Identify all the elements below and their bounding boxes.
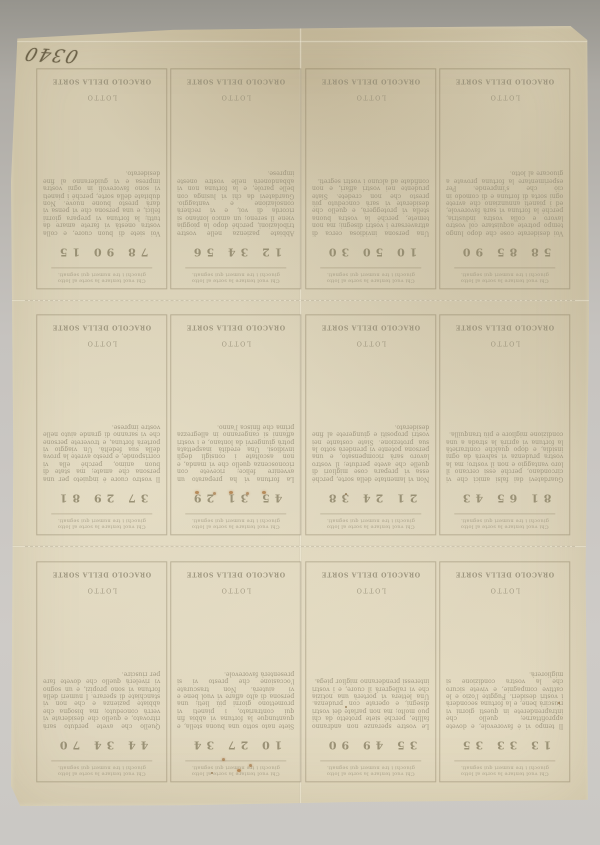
ticket-title: ORACOLO DELLA SORTE [43, 570, 160, 577]
ticket-footer: Chi vuol tentare la sorte al lotto giuoc… [43, 764, 160, 776]
lotto-numbers: 10 50 30 [312, 245, 429, 258]
lotto-numbers: 81 65 43 [446, 491, 563, 504]
ticket-footer-line1: Chi vuol tentare la sorte al lotto [177, 770, 294, 776]
fortune-text: La fortuna vi ha preparato un avvenire f… [177, 353, 294, 482]
ticket-divider [185, 267, 286, 268]
oracle-ticket: Chi vuol tentare la sorte al lotto giuoc… [170, 68, 301, 289]
ticket-footer-line2: giuochi i tre numeri qui segnati. [177, 517, 294, 523]
oracle-ticket: Chi vuol tentare la sorte al lotto giuoc… [36, 314, 167, 535]
oracle-ticket: Chi vuol tentare la sorte al lotto giuoc… [36, 561, 167, 782]
ticket-subtitle: LOTTO [446, 339, 563, 347]
ticket-divider [51, 760, 152, 761]
ticket-title: ORACOLO DELLA SORTE [312, 570, 429, 577]
ticket-divider [320, 760, 421, 761]
fortune-text: Quello che avete perduto sarà ritrovato,… [43, 600, 160, 729]
lotto-numbers: 78 90 15 [43, 245, 160, 258]
ticket-title: ORACOLO DELLA SORTE [177, 570, 294, 577]
fortune-text: Le vostre speranze non andranno fallite,… [312, 600, 429, 729]
lotto-numbers: 13 33 35 [446, 738, 563, 751]
ticket-title: ORACOLO DELLA SORTE [43, 323, 160, 330]
oracle-ticket: Chi vuol tentare la sorte al lotto giuoc… [439, 561, 570, 782]
ticket-footer-line1: Chi vuol tentare la sorte al lotto [312, 523, 429, 529]
fortune-text: Abbiate pazienza nelle vostre tribolazio… [177, 107, 294, 236]
ticket-footer: Chi vuol tentare la sorte al lotto giuoc… [446, 517, 563, 529]
ticket-subtitle: LOTTO [177, 93, 294, 101]
foxing-stain [195, 491, 199, 494]
ticket-title: ORACOLO DELLA SORTE [177, 323, 294, 330]
ticket-sheet: Chi vuol tentare la sorte al lotto giuoc… [36, 68, 570, 782]
ticket-footer: Chi vuol tentare la sorte al lotto giuoc… [177, 517, 294, 529]
foxing-stain [345, 493, 347, 495]
ticket-footer-line1: Chi vuol tentare la sorte al lotto [177, 277, 294, 283]
fortune-text: Siete nato sotto una buona stella, e qua… [177, 600, 294, 729]
fortune-text: Una persona invidiosa cerca di attravers… [312, 107, 429, 236]
ticket-title: ORACOLO DELLA SORTE [312, 323, 429, 330]
ticket-divider [454, 267, 555, 268]
ticket-title: ORACOLO DELLA SORTE [312, 77, 429, 84]
ticket-subtitle: LOTTO [312, 339, 429, 347]
lotto-numbers: 44 34 70 [43, 738, 160, 751]
ticket-subtitle: LOTTO [446, 93, 563, 101]
ticket-footer-line1: Chi vuol tentare la sorte al lotto [312, 277, 429, 283]
ticket-divider [320, 513, 421, 514]
ticket-footer-line2: giuochi i tre numeri qui segnati. [177, 271, 294, 277]
ticket-footer: Chi vuol tentare la sorte al lotto giuoc… [312, 271, 429, 283]
fortune-text: Il vostro cuore è inquieto per una perso… [43, 353, 160, 482]
foxing-stain [345, 706, 347, 708]
ticket-footer-line1: Chi vuol tentare la sorte al lotto [312, 770, 429, 776]
ticket-title: ORACOLO DELLA SORTE [446, 323, 563, 330]
ticket-footer-line2: giuochi i tre numeri qui segnati. [446, 517, 563, 523]
ticket-footer-line2: giuochi i tre numeri qui segnati. [312, 271, 429, 277]
ticket-footer: Chi vuol tentare la sorte al lotto giuoc… [43, 517, 160, 529]
ticket-title: ORACOLO DELLA SORTE [446, 77, 563, 84]
ticket-footer: Chi vuol tentare la sorte al lotto giuoc… [177, 271, 294, 283]
ticket-title: ORACOLO DELLA SORTE [446, 570, 563, 577]
oracle-ticket: Chi vuol tentare la sorte al lotto giuoc… [170, 314, 301, 535]
handwritten-ink-number: 0340 [21, 43, 81, 67]
ticket-footer-line1: Chi vuol tentare la sorte al lotto [177, 523, 294, 529]
fortune-text: Voi siete di buon cuore, e colla vostra … [43, 107, 160, 236]
lotto-numbers: 35 49 90 [312, 738, 429, 751]
foxing-stain [262, 491, 266, 494]
ticket-subtitle: LOTTO [43, 339, 160, 347]
fortune-text: Il tempo vi è favorevole, e dovete appro… [446, 600, 563, 729]
ticket-divider [51, 513, 152, 514]
ticket-subtitle: LOTTO [312, 586, 429, 594]
lotto-numbers: 58 85 90 [446, 245, 563, 258]
ticket-title: ORACOLO DELLA SORTE [177, 77, 294, 84]
ticket-subtitle: LOTTO [43, 586, 160, 594]
ticket-subtitle: LOTTO [43, 93, 160, 101]
ticket-divider [51, 267, 152, 268]
fortune-text: Guardatevi dai falsi amici che vi circon… [446, 353, 563, 482]
ticket-divider [454, 513, 555, 514]
foxing-stain [249, 764, 252, 767]
lotto-numbers: 10 27 34 [177, 738, 294, 751]
ticket-footer: Chi vuol tentare la sorte al lotto giuoc… [446, 764, 563, 776]
oracle-ticket: Chi vuol tentare la sorte al lotto giuoc… [36, 68, 167, 289]
ticket-subtitle: LOTTO [446, 586, 563, 594]
foxing-stain [229, 491, 233, 494]
ticket-subtitle: LOTTO [177, 586, 294, 594]
foxing-stain [211, 772, 213, 774]
ticket-footer: Chi vuol tentare la sorte al lotto giuoc… [43, 271, 160, 283]
fortune-text: Non vi lamentate della sorte, perché ess… [312, 353, 429, 482]
oracle-ticket: Chi vuol tentare la sorte al lotto giuoc… [170, 561, 301, 782]
oracle-ticket: Chi vuol tentare la sorte al lotto giuoc… [305, 68, 436, 289]
ticket-footer-line2: giuochi i tre numeri qui segnati. [177, 764, 294, 770]
foxing-stain [246, 492, 249, 495]
ticket-divider [454, 760, 555, 761]
ticket-footer-line1: Chi vuol tentare la sorte al lotto [43, 277, 160, 283]
ticket-divider [185, 760, 286, 761]
ticket-footer: Chi vuol tentare la sorte al lotto giuoc… [177, 764, 294, 776]
paper-dogear-corner [573, 26, 589, 40]
lotto-numbers: 37 29 81 [43, 491, 160, 504]
ticket-footer-line1: Chi vuol tentare la sorte al lotto [43, 523, 160, 529]
fortune-text: Voi desiderate cose che dopo lungo tempo… [446, 107, 563, 236]
oracle-ticket: Chi vuol tentare la sorte al lotto giuoc… [305, 561, 436, 782]
oracle-ticket: Chi vuol tentare la sorte al lotto giuoc… [439, 68, 570, 289]
ticket-divider [185, 513, 286, 514]
ticket-footer-line2: giuochi i tre numeri qui segnati. [312, 517, 429, 523]
lotto-numbers: 12 34 56 [177, 245, 294, 258]
oracle-ticket: Chi vuol tentare la sorte al lotto giuoc… [305, 314, 436, 535]
aged-paper-sheet: Chi vuol tentare la sorte al lotto giuoc… [11, 26, 589, 806]
ticket-footer-line2: giuochi i tre numeri qui segnati. [43, 271, 160, 277]
ticket-footer-line2: giuochi i tre numeri qui segnati. [43, 764, 160, 770]
foxing-stain [558, 702, 560, 704]
ticket-footer-line2: giuochi i tre numeri qui segnati. [446, 271, 563, 277]
ticket-footer-line1: Chi vuol tentare la sorte al lotto [446, 770, 563, 776]
ticket-footer-line2: giuochi i tre numeri qui segnati. [446, 764, 563, 770]
ticket-footer: Chi vuol tentare la sorte al lotto giuoc… [446, 271, 563, 283]
foxing-stain [222, 758, 225, 761]
ticket-footer-line1: Chi vuol tentare la sorte al lotto [446, 523, 563, 529]
ticket-footer-line1: Chi vuol tentare la sorte al lotto [446, 277, 563, 283]
ticket-subtitle: LOTTO [312, 93, 429, 101]
ticket-footer-line2: giuochi i tre numeri qui segnati. [43, 517, 160, 523]
ticket-footer-line1: Chi vuol tentare la sorte al lotto [43, 770, 160, 776]
ticket-title: ORACOLO DELLA SORTE [43, 77, 160, 84]
oracle-ticket: Chi vuol tentare la sorte al lotto giuoc… [439, 314, 570, 535]
foxing-stain [213, 492, 216, 495]
ticket-subtitle: LOTTO [177, 339, 294, 347]
lotto-numbers: 21 24 38 [312, 491, 429, 504]
ticket-footer: Chi vuol tentare la sorte al lotto giuoc… [312, 764, 429, 776]
ticket-divider [320, 267, 421, 268]
foxing-stain [237, 769, 241, 772]
ticket-footer: Chi vuol tentare la sorte al lotto giuoc… [312, 517, 429, 529]
ticket-footer-line2: giuochi i tre numeri qui segnati. [312, 764, 429, 770]
